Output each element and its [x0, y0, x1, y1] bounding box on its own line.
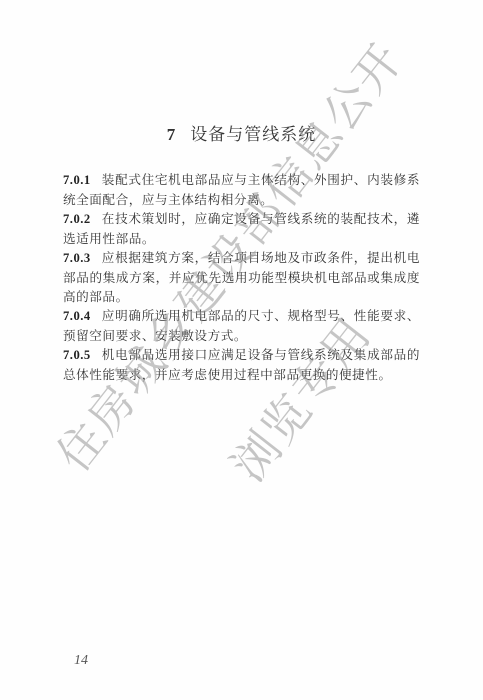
- clause-7-0-4: 7.0.4应明确所选用机电部品的尺寸、规格型号、性能要求、预留空间要求、安装敷设…: [63, 306, 420, 345]
- page-number: 14: [74, 653, 88, 669]
- clause-7-0-3: 7.0.3应根据建筑方案，结合项目场地及市政条件，提出机电部品的集成方案，并应优…: [63, 248, 420, 306]
- chapter-heading: 7设备与管线系统: [0, 120, 483, 145]
- clause-text: 应根据建筑方案，结合项目场地及市政条件，提出机电部品的集成方案，并应优先选用功能…: [63, 250, 420, 304]
- clause-text: 在技术策划时，应确定设备与管线系统的装配技术，遴选适用性部品。: [63, 211, 420, 246]
- chapter-number: 7: [167, 125, 177, 144]
- chapter-title: 设备与管线系统: [190, 125, 316, 145]
- clause-text: 机电部品选用接口应满足设备与管线系统及集成部品的总体性能要求，并应考虑使用过程中…: [63, 347, 420, 382]
- clause-number: 7.0.1: [63, 173, 91, 187]
- clause-number: 7.0.4: [63, 309, 91, 323]
- clause-text: 应明确所选用机电部品的尺寸、规格型号、性能要求、预留空间要求、安装敷设方式。: [63, 308, 420, 343]
- clause-7-0-2: 7.0.2在技术策划时，应确定设备与管线系统的装配技术，遴选适用性部品。: [63, 209, 420, 248]
- clause-number: 7.0.5: [63, 348, 91, 362]
- clause-list: 7.0.1装配式住宅机电部品应与主体结构、外围护、内装修系统全面配合，应与主体结…: [63, 170, 420, 384]
- clause-text: 装配式住宅机电部品应与主体结构、外围护、内装修系统全面配合，应与主体结构相分离。: [63, 172, 420, 207]
- clause-7-0-5: 7.0.5机电部品选用接口应满足设备与管线系统及集成部品的总体性能要求，并应考虑…: [63, 345, 420, 384]
- clause-7-0-1: 7.0.1装配式住宅机电部品应与主体结构、外围护、内装修系统全面配合，应与主体结…: [63, 170, 420, 209]
- clause-number: 7.0.2: [63, 212, 91, 226]
- clause-number: 7.0.3: [63, 251, 91, 265]
- document-page: 7设备与管线系统 7.0.1装配式住宅机电部品应与主体结构、外围护、内装修系统全…: [0, 0, 483, 700]
